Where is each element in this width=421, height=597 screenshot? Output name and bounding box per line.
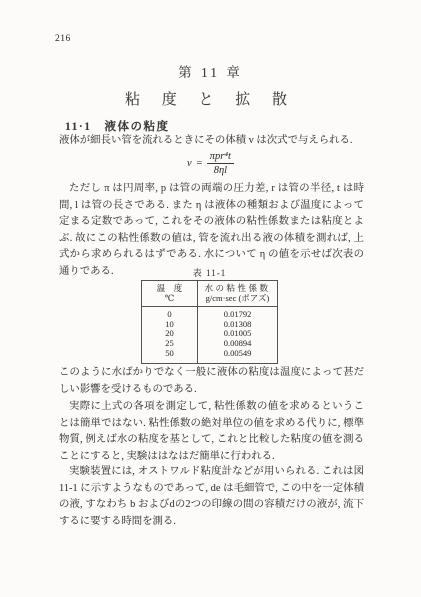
poiseuille-formula: v = πpr⁴t 8ηl [0,151,421,176]
paragraph-temperature-effect: このように水ばかりでなく一般に液体の粘度は温度によって甚だしい影響を受けるもので… [59,365,364,398]
document-page: 216 第 11 章 粘 度 と 拡 散 11·1 液体の粘度 液体が細長い管を… [0,0,421,597]
section-heading: 11·1 液体の粘度 [65,118,169,134]
paragraph-intro: 液体が細長い管を流れるときにその体積 v は次式で与えられる. [59,133,364,150]
viscosity-table: 温 度 ℃ 水の粘性係数 g/cm·sec (ポアズ) 0 0.01792 10… [141,280,278,364]
viscosity-cell: 0.01792 [198,307,278,320]
temperature-header-label: 温 度 [142,283,197,293]
formula-denominator: 8ηl [207,164,234,176]
col-header-temperature: 温 度 ℃ [142,281,198,307]
table-header-row: 温 度 ℃ 水の粘性係数 g/cm·sec (ポアズ) [142,281,278,307]
viscosity-header-unit: g/cm·sec (ポアズ) [198,293,277,303]
formula-lhs: v [187,158,192,169]
temperature-header-unit: ℃ [142,293,197,303]
chapter-title: 粘 度 と 拡 散 [0,88,421,109]
paragraph-measurement-method: 実際に上式の各項を測定して, 粘性係数の値を求めるということは簡単ではない. 粘… [59,399,364,465]
paragraph-ostwald-viscometer: 実験装置には, オストワルド粘度計などが用いられる. これは図 11-1 に示す… [59,464,364,530]
formula-equals-sign: = [196,158,203,169]
viscosity-cell: 0.00549 [198,349,278,363]
chapter-label: 第 11 章 [0,61,421,81]
temperature-cell: 0 [142,307,198,320]
col-header-viscosity: 水の粘性係数 g/cm·sec (ポアズ) [198,281,278,307]
temperature-cell: 50 [142,349,198,363]
table-row: 20 0.01005 [142,329,278,339]
table-row: 10 0.01308 [142,320,278,330]
page-number: 216 [55,34,71,44]
table-caption: 表 11-1 [141,266,278,279]
viscosity-header-label: 水の粘性係数 [198,283,277,293]
formula-numerator: πpr⁴t [207,151,234,164]
table-row: 50 0.00549 [142,349,278,363]
formula-fraction: πpr⁴t 8ηl [207,151,234,176]
table-row: 25 0.00894 [142,339,278,349]
table-row: 0 0.01792 [142,307,278,320]
